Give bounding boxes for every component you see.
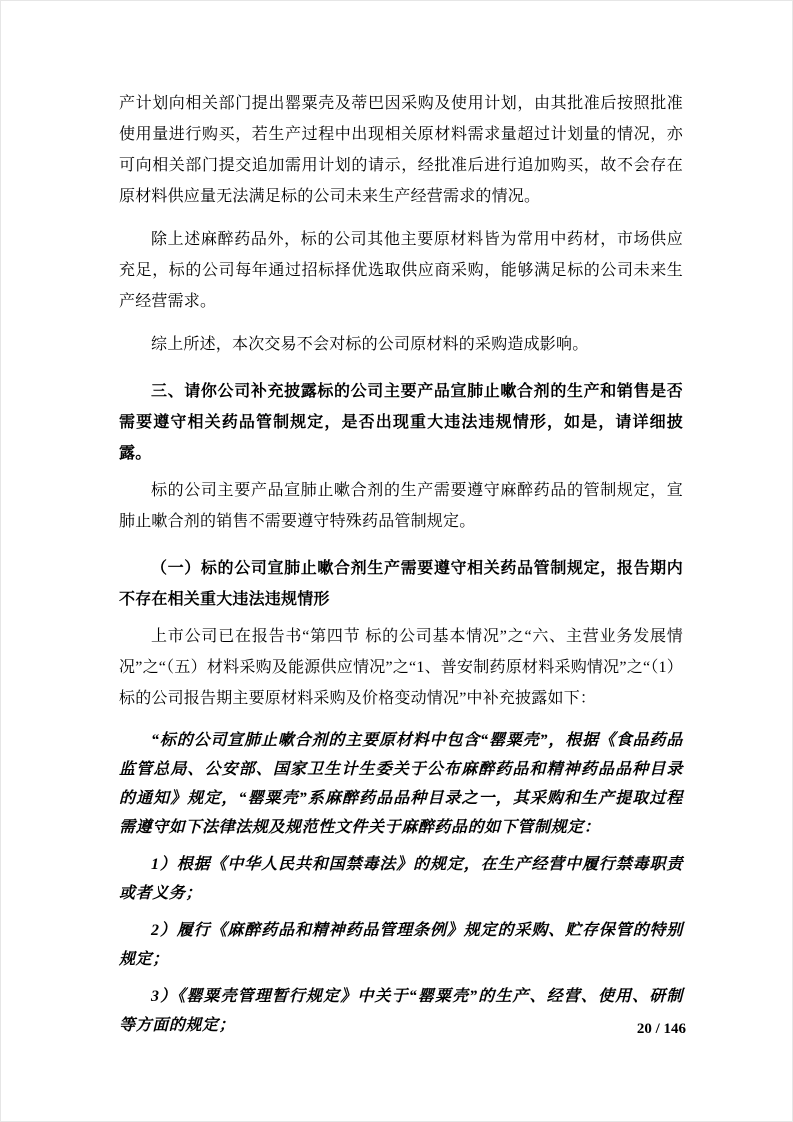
regulation-item-3: 3）《罂粟壳管理暂行规定》中关于“罂粟壳”的生产、经营、使用、研制等方面的规定； (119, 982, 683, 1040)
regulation-item-2: 2）履行《麻醉药品和精神药品管理条例》规定的采购、贮存保管的特别规定； (119, 916, 683, 974)
paragraph-other-materials: 除上述麻醉药品外，标的公司其他主要原材料皆为常用中药材，市场供应充足，标的公司每… (119, 224, 683, 317)
section-heading-question-3: 三、请你公司补充披露标的公司主要产品宣肺止嗽合剂的生产和销售是否需要遵守相关药品… (119, 376, 683, 469)
subsection-heading-1: （一）标的公司宣肺止嗽合剂生产需要遵守相关药品管制规定，报告期内不存在相关重大违… (119, 553, 683, 615)
paragraph-continuation: 产计划向相关部门提出罂粟壳及蒂巴因采购及使用计划，由其批准后按照批准使用量进行购… (119, 88, 683, 212)
document-body: 产计划向相关部门提出罂粟壳及蒂巴因采购及使用计划，由其批准后按照批准使用量进行购… (119, 88, 683, 1048)
paragraph-answer-summary: 标的公司主要产品宣肺止嗽合剂的生产需要遵守麻醉药品的管制规定，宣肺止嗽合剂的销售… (119, 475, 683, 537)
disclosure-quote-paragraph: “标的公司宣肺止嗽合剂的主要原材料中包含“罂粟壳”，根据《食品药品监管总局、公安… (119, 726, 683, 842)
paragraph-conclusion: 综上所述，本次交易不会对标的公司原材料的采购造成影响。 (119, 329, 683, 360)
paragraph-report-reference: 上市公司已在报告书“第四节 标的公司基本情况”之“六、主营业务发展情况”之“（五… (119, 621, 683, 714)
document-page: 产计划向相关部门提出罂粟壳及蒂巴因采购及使用计划，由其批准后按照批准使用量进行购… (0, 0, 793, 1122)
regulation-item-1: 1）根据《中华人民共和国禁毒法》的规定，在生产经营中履行禁毒职责或者义务； (119, 850, 683, 908)
page-number: 20 / 146 (637, 1019, 686, 1039)
